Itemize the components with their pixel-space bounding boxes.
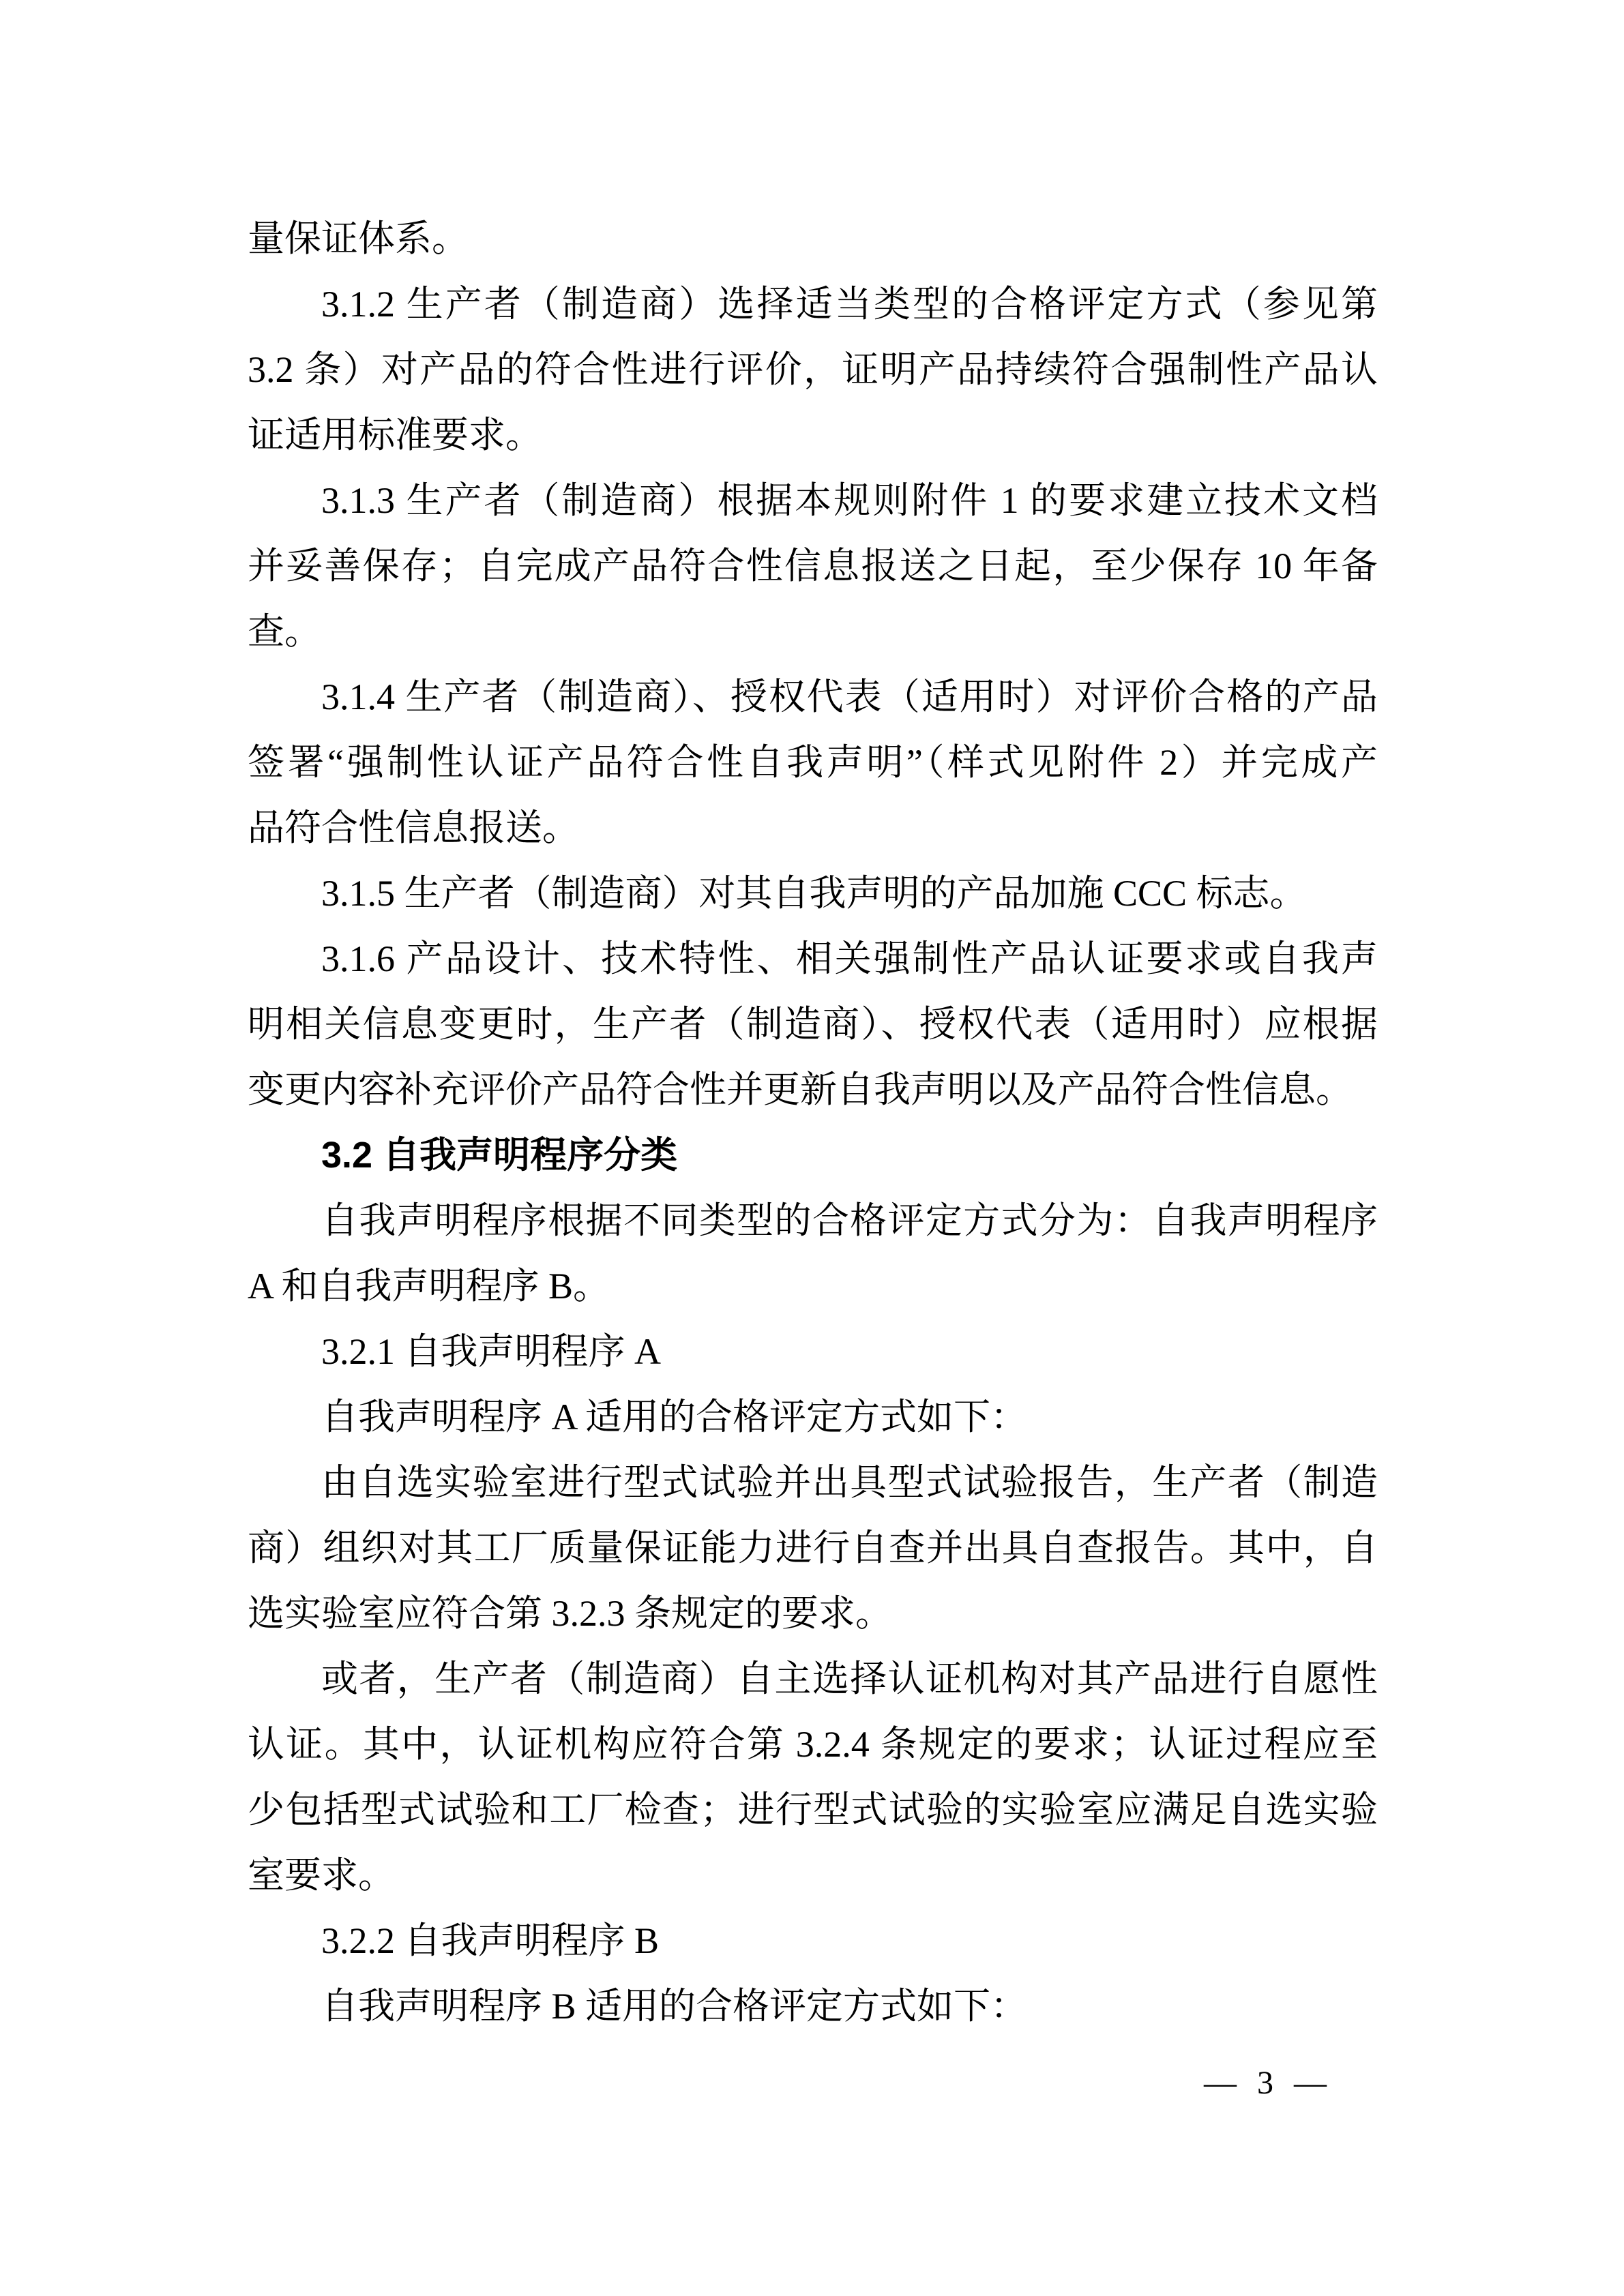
subsection-heading: 3.2.2 自我声明程序 B: [248, 1908, 1378, 1973]
text-line: 自我声明程序 B 适用的合格评定方式如下：: [248, 1973, 1378, 2039]
text-line: 3.1.4 生产者（制造商）、授权代表（适用时）对评价合格的产品: [248, 664, 1378, 730]
page-number: — 3 —: [1204, 2066, 1327, 2100]
text-line: 由自选实验室进行型式试验并出具型式试验报告，生产者（制造: [248, 1450, 1378, 1515]
text-line: 少包括型式试验和工厂检查；进行型式试验的实验室应满足自选实验: [248, 1777, 1378, 1843]
text-line: 自我声明程序 A 适用的合格评定方式如下：: [248, 1384, 1378, 1450]
text-line: 3.1.6 产品设计、技术特性、相关强制性产品认证要求或自我声: [248, 926, 1378, 992]
text-line: 查。: [248, 599, 1378, 664]
text-line: 室要求。: [248, 1843, 1378, 1908]
text-line: 选实验室应符合第 3.2.3 条规定的要求。: [248, 1581, 1378, 1646]
text-line: 量保证体系。: [248, 206, 1378, 271]
text-line: 3.2 条）对产品的符合性进行评价，证明产品持续符合强制性产品认: [248, 337, 1378, 402]
text-line: 签署“强制性认证产品符合性自我声明”（样式见附件 2）并完成产: [248, 730, 1378, 795]
text-line: 认证。其中，认证机构应符合第 3.2.4 条规定的要求；认证过程应至: [248, 1712, 1378, 1777]
text-line: 3.1.5 生产者（制造商）对其自我声明的产品加施 CCC 标志。: [248, 861, 1378, 926]
subsection-heading: 3.2.1 自我声明程序 A: [248, 1319, 1378, 1384]
text-line: 并妥善保存；自完成产品符合性信息报送之日起，至少保存 10 年备: [248, 533, 1378, 599]
text-line: 3.1.3 生产者（制造商）根据本规则附件 1 的要求建立技术文档: [248, 468, 1378, 533]
document-body: 量保证体系。 3.1.2 生产者（制造商）选择适当类型的合格评定方式（参见第 3…: [248, 206, 1378, 2039]
text-line: 商）组织对其工厂质量保证能力进行自查并出具自查报告。其中，自: [248, 1515, 1378, 1581]
text-line: 明相关信息变更时，生产者（制造商）、授权代表（适用时）应根据: [248, 992, 1378, 1057]
section-heading: 3.2 自我声明程序分类: [248, 1122, 1378, 1188]
text-line: 品符合性信息报送。: [248, 795, 1378, 861]
text-line: 自我声明程序根据不同类型的合格评定方式分为：自我声明程序: [248, 1188, 1378, 1253]
text-line: 证适用标准要求。: [248, 402, 1378, 468]
text-line: 或者，生产者（制造商）自主选择认证机构对其产品进行自愿性: [248, 1646, 1378, 1712]
text-line: 变更内容补充评价产品符合性并更新自我声明以及产品符合性信息。: [248, 1057, 1378, 1122]
text-line: 3.1.2 生产者（制造商）选择适当类型的合格评定方式（参见第: [248, 271, 1378, 337]
document-page: 量保证体系。 3.1.2 生产者（制造商）选择适当类型的合格评定方式（参见第 3…: [0, 0, 1624, 2296]
text-line: A 和自我声明程序 B。: [248, 1253, 1378, 1319]
